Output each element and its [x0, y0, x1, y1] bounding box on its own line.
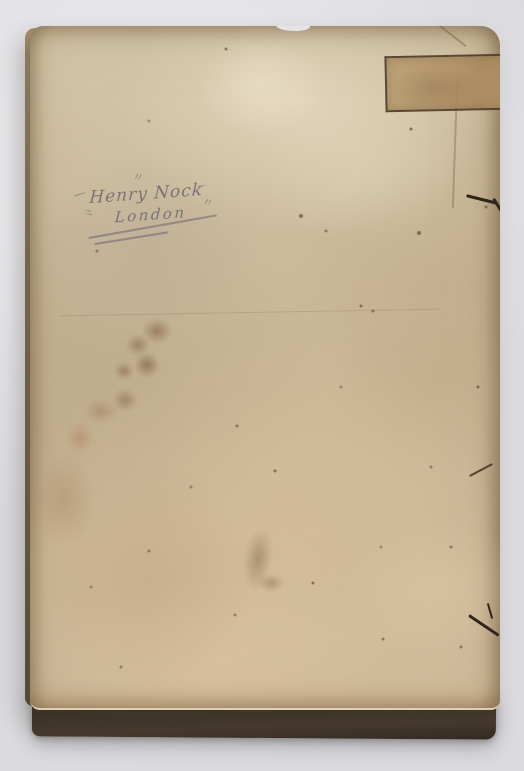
pencil-inscription: — 〃 〃 – 〃 Henry Nock London [63, 146, 289, 261]
foxing-specks [30, 26, 32, 28]
tape-repair-patch [384, 54, 500, 113]
smudge-stain [258, 574, 284, 592]
damp-stain [66, 422, 94, 454]
book-cover: — 〃 〃 – 〃 Henry Nock London [30, 26, 500, 710]
photo-backdrop: Photograph of a worn antique paper-cover… [0, 0, 524, 771]
foxing-stain [84, 398, 118, 424]
foxing-stain [114, 362, 134, 380]
damp-stain [34, 456, 94, 546]
pencil-mark: — [71, 185, 87, 202]
foxing-stain [134, 352, 160, 378]
